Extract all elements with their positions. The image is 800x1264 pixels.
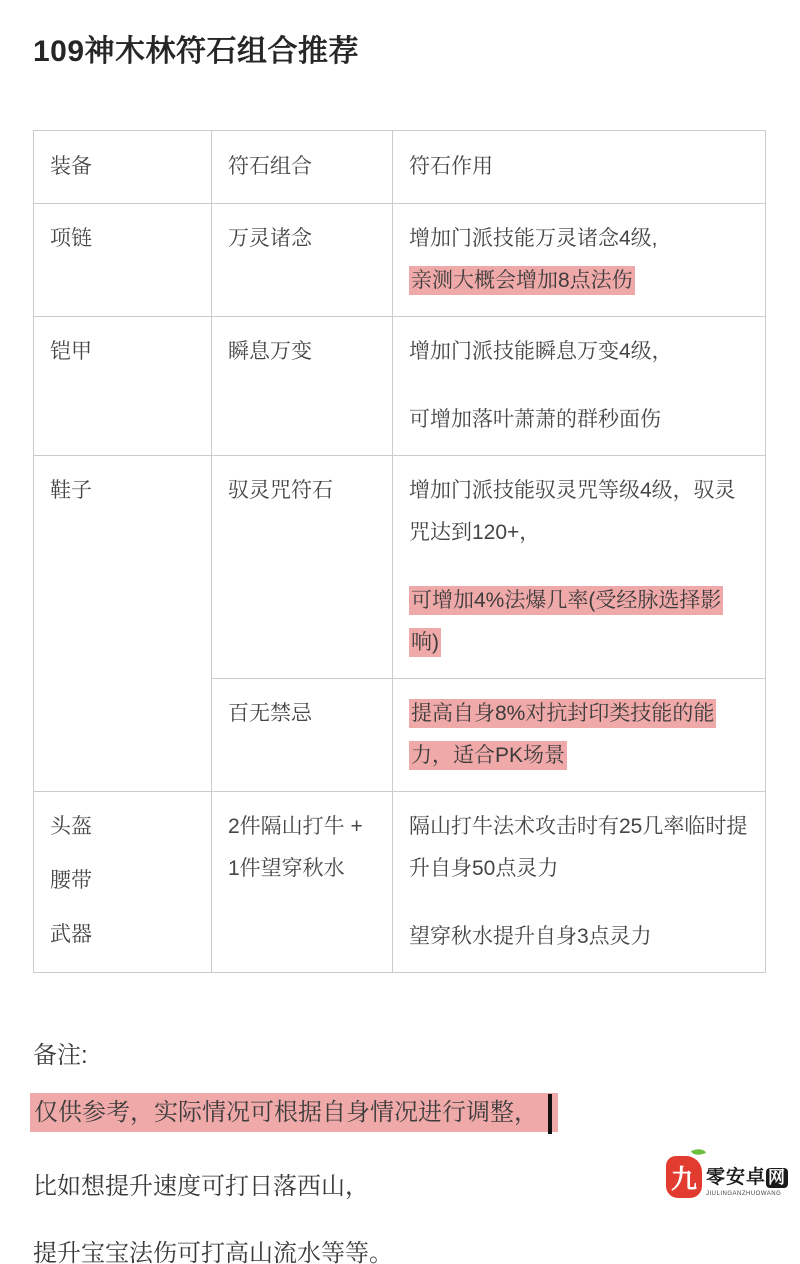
equipment-cell: 项链 — [34, 204, 212, 317]
equipment-label: 头盔 — [50, 806, 195, 848]
effect-text: 增加门派技能万灵诸念4级, — [409, 218, 749, 260]
header-equipment: 装备 — [34, 131, 212, 204]
combo-cell: 2件隔山打牛 + 1件望穿秋水 — [212, 792, 393, 973]
header-combo: 符石组合 — [212, 131, 393, 204]
combo-cell: 百无禁忌 — [212, 679, 393, 792]
table-row: 铠甲 瞬息万变 增加门派技能瞬息万变4级， 可增加落叶萧萧的群秒面伤 — [34, 317, 766, 456]
table-header-row: 装备 符石组合 符石作用 — [34, 131, 766, 204]
effect-text-highlighted: 提高自身8%对抗封印类技能的能力，适合PK场景 — [409, 693, 749, 777]
notes-highlighted-text: 仅供参考，实际情况可根据自身情况进行调整， — [34, 1099, 538, 1126]
effect-text: 增加门派技能瞬息万变4级， — [409, 331, 749, 373]
rune-table: 装备 符石组合 符石作用 项链 万灵诸念 增加门派技能万灵诸念4级, 亲测大概会… — [33, 130, 766, 973]
equipment-label: 腰带 — [50, 860, 195, 902]
effect-cell: 隔山打牛法术攻击时有25几率临时提升自身50点灵力 望穿秋水提升自身3点灵力 — [393, 792, 766, 973]
equipment-label: 项链 — [50, 218, 195, 260]
effect-text: 望穿秋水提升自身3点灵力 — [409, 916, 749, 958]
combo-label: 2件隔山打牛 + 1件望穿秋水 — [228, 806, 376, 890]
page-title: 109神木林符石组合推荐 — [33, 26, 800, 70]
notes-line-3: 提升宝宝法伤可打高山流水等等。 — [33, 1233, 800, 1264]
effect-text-highlighted: 可增加4%法爆几率(受经脉选择影响) — [409, 580, 749, 664]
table-row: 项链 万灵诸念 增加门派技能万灵诸念4级, 亲测大概会增加8点法伤 — [34, 204, 766, 317]
effect-text-highlighted: 亲测大概会增加8点法伤 — [409, 260, 749, 302]
watermark-brand-text: 零安卓网 — [706, 1162, 788, 1189]
equipment-label: 鞋子 — [50, 470, 195, 512]
notes-label: 备注: — [33, 1035, 800, 1070]
header-effect: 符石作用 — [393, 131, 766, 204]
table-row: 头盔 腰带 武器 2件隔山打牛 + 1件望穿秋水 隔山打牛法术攻击时有25几率临… — [34, 792, 766, 973]
equipment-cell: 铠甲 — [34, 317, 212, 456]
equipment-label: 铠甲 — [50, 331, 195, 373]
equipment-cell: 头盔 腰带 武器 — [34, 792, 212, 973]
combo-label: 百无禁忌 — [228, 693, 376, 735]
watermark-red-seal: 九 — [666, 1156, 702, 1198]
combo-cell: 驭灵咒符石 — [212, 456, 393, 679]
effect-cell: 增加门派技能瞬息万变4级， 可增加落叶萧萧的群秒面伤 — [393, 317, 766, 456]
combo-label: 瞬息万变 — [228, 331, 376, 373]
equipment-cell: 鞋子 — [34, 456, 212, 792]
combo-label: 驭灵咒符石 — [228, 470, 376, 512]
effect-cell: 提高自身8%对抗封印类技能的能力，适合PK场景 — [393, 679, 766, 792]
watermark-caption: JIULINGANZHUOWANG — [706, 1191, 788, 1197]
effect-cell: 增加门派技能驭灵咒等级4级，驭灵咒达到120+， 可增加4%法爆几率(受经脉选择… — [393, 456, 766, 679]
effect-text: 增加门派技能驭灵咒等级4级，驭灵咒达到120+， — [409, 470, 749, 554]
combo-label: 万灵诸念 — [228, 218, 376, 260]
notes-highlighted-line[interactable]: 仅供参考，实际情况可根据自身情况进行调整， — [30, 1094, 680, 1134]
combo-cell: 万灵诸念 — [212, 204, 393, 317]
leaf-icon — [691, 1146, 706, 1159]
equipment-label: 武器 — [50, 914, 195, 956]
table-row: 鞋子 驭灵咒符石 增加门派技能驭灵咒等级4级，驭灵咒达到120+， 可增加4%法… — [34, 456, 766, 679]
combo-cell: 瞬息万变 — [212, 317, 393, 456]
text-cursor — [548, 1094, 552, 1134]
article-page: 109神木林符石组合推荐 装备 符石组合 符石作用 项链 万灵诸念 增加门派技能… — [0, 0, 800, 1264]
effect-text: 可增加落叶萧萧的群秒面伤 — [409, 399, 749, 441]
watermark-net-tile: 网 — [766, 1168, 788, 1188]
watermark-symbol: 九 — [671, 1159, 697, 1196]
effect-cell: 增加门派技能万灵诸念4级, 亲测大概会增加8点法伤 — [393, 204, 766, 317]
effect-text: 隔山打牛法术攻击时有25几率临时提升自身50点灵力 — [409, 806, 749, 890]
watermark-logo: 九 零安卓网 JIULINGANZHUOWANG — [666, 1156, 798, 1198]
